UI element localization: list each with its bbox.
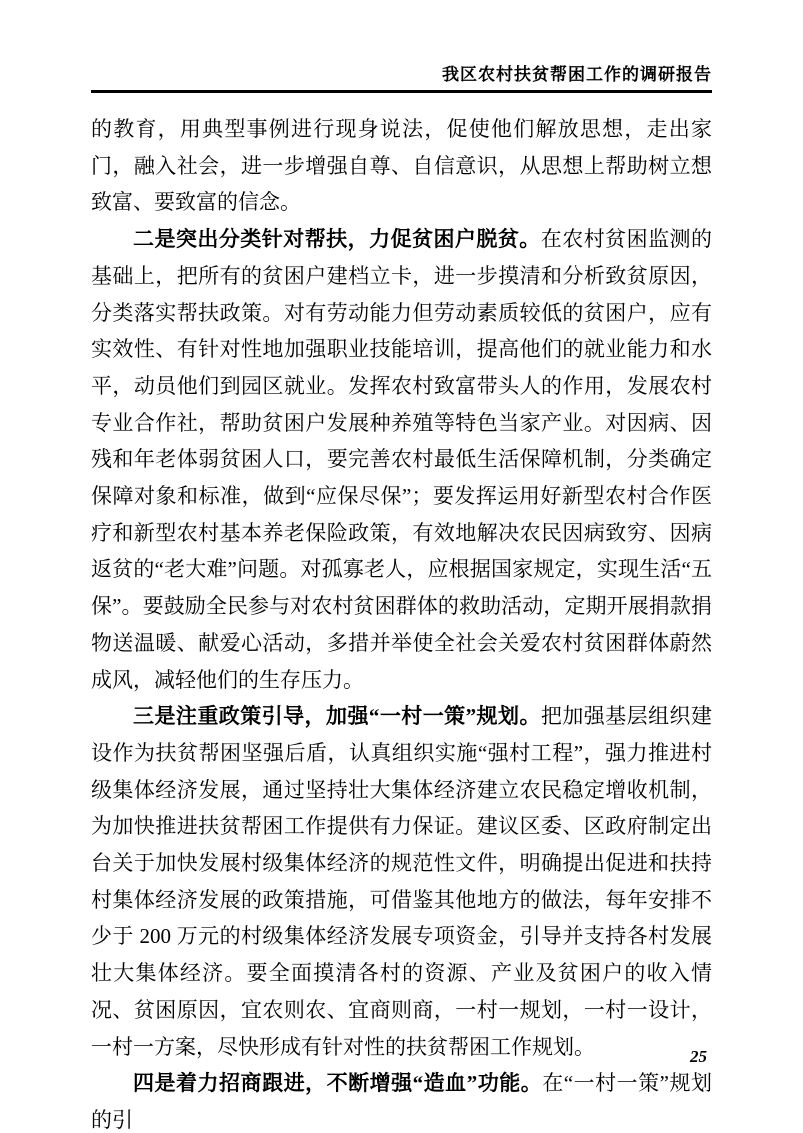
page-number: 25 xyxy=(690,1047,707,1066)
page-footer: 25 xyxy=(690,1047,707,1067)
document-body: 的教育，用典型事例进行现身说法，促使他们解放思想，走出家门，融入社会，进一步增强… xyxy=(91,111,712,1133)
header-title: 我区农村扶贫帮困工作的调研报告 xyxy=(91,64,712,86)
header-rule xyxy=(91,90,712,93)
text-run: 的教育，用典型事例进行现身说法，促使他们解放思想，走出家门，融入社会，进一步增强… xyxy=(91,117,712,214)
document-page: 我区农村扶贫帮困工作的调研报告 的教育，用典型事例进行现身说法，促使他们解放思想… xyxy=(0,0,803,1133)
paragraph: 二是突出分类针对帮扶，力促贫困户脱贫。在农村贫困监测的基础上，把所有的贫困户建档… xyxy=(91,221,712,698)
text-run-bold: 二是突出分类针对帮扶，力促贫困户脱贫。 xyxy=(133,227,541,251)
text-run: 在农村贫困监测的基础上，把所有的贫困户建档立卡，进一步摸清和分析致贫原因，分类落… xyxy=(91,227,712,691)
paragraph: 的教育，用典型事例进行现身说法，促使他们解放思想，走出家门，融入社会，进一步增强… xyxy=(91,111,712,221)
page-header: 我区农村扶贫帮困工作的调研报告 xyxy=(91,64,712,93)
text-run-bold: 三是注重政策引导，加强“一村一策”规划。 xyxy=(133,704,541,728)
paragraph: 三是注重政策引导，加强“一村一策”规划。把加强基层组织建设作为扶贫帮困坚强后盾，… xyxy=(91,698,712,1065)
text-run: 把加强基层组织建设作为扶贫帮困坚强后盾，认真组织实施“强村工程”，强力推进村级集… xyxy=(91,704,712,1058)
paragraph: 四是着力招商跟进，不断增强“造血”功能。在“一村一策”规划的引 xyxy=(91,1065,712,1133)
text-run-bold: 四是着力招商跟进，不断增强“造血”功能。 xyxy=(133,1071,542,1095)
